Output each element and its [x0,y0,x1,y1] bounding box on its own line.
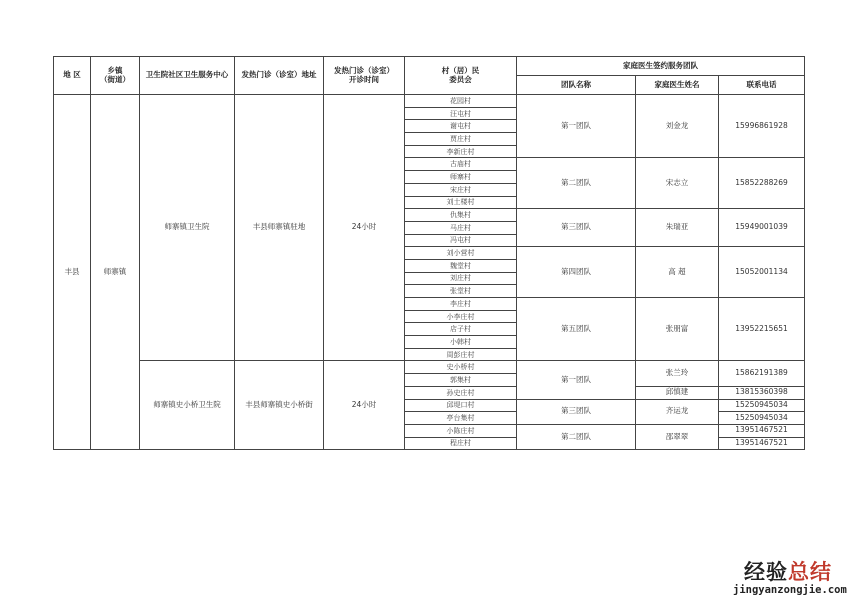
phone-cell: 13815360398 [719,386,805,399]
header-fever-clinic-hours: 发热门诊（诊室）开诊时间 [324,57,405,95]
doctor-name-cell: 邵翠翠 [636,424,719,449]
header-fever-clinic-address: 发热门诊（诊室）地址 [235,57,324,95]
village-cell: 冯屯村 [405,234,517,247]
village-cell: 李庄村 [405,298,517,311]
village-cell: 师寨村 [405,171,517,184]
village-cell: 刘庄村 [405,272,517,285]
watermark: 经验总结 jingyanzongjie.com [733,560,843,597]
doctor-name-cell: 宋志立 [636,158,719,209]
phone-cell: 15250945034 [719,412,805,425]
team-name-cell: 第二团队 [517,424,636,449]
table-body: 丰县师寨镇师寨镇卫生院丰县师寨镇驻地24小时花园村第一团队刘金龙15996861… [54,95,805,450]
village-cell: 周彭庄村 [405,348,517,361]
village-cell: 李新庄村 [405,145,517,158]
fever-clinic-hours-cell: 24小时 [324,95,405,361]
doctor-name-cell: 张兰玲 [636,361,719,386]
family-doctor-table: 地 区 乡镇（街道） 卫生院社区卫生服务中心 发热门诊（诊室）地址 发热门诊（诊… [53,56,805,450]
phone-cell: 13952215651 [719,298,805,361]
village-cell: 郭集村 [405,374,517,387]
village-cell: 程庄村 [405,437,517,450]
header-row-1: 地 区 乡镇（街道） 卫生院社区卫生服务中心 发热门诊（诊室）地址 发热门诊（诊… [54,57,805,76]
village-cell: 张堂村 [405,285,517,298]
team-name-cell: 第四团队 [517,247,636,298]
doctor-name-cell: 张朋富 [636,298,719,361]
header-team-group: 家庭医生签约服务团队 [517,57,805,76]
village-cell: 刘小营村 [405,247,517,260]
phone-cell: 15996861928 [719,95,805,158]
fever-clinic-address-cell: 丰县师寨镇史小桥街 [235,361,324,450]
header-phone: 联系电话 [719,76,805,95]
village-cell: 亭台集村 [405,412,517,425]
phone-cell: 15052001134 [719,247,805,298]
doctor-name-cell: 高 超 [636,247,719,298]
village-cell: 贾庄村 [405,133,517,146]
village-cell: 仇集村 [405,209,517,222]
fever-clinic-hours-cell: 24小时 [324,361,405,450]
phone-cell: 15949001039 [719,209,805,247]
table-row: 师寨镇史小桥卫生院丰县师寨镇史小桥街24小时史小桥村第一团队张兰玲1586219… [54,361,805,374]
team-name-cell: 第三团队 [517,399,636,424]
team-name-cell: 第一团队 [517,95,636,158]
village-cell: 刘土楼村 [405,196,517,209]
village-cell: 史小桥村 [405,361,517,374]
team-name-cell: 第二团队 [517,158,636,209]
fever-clinic-address-cell: 丰县师寨镇驻地 [235,95,324,361]
village-cell: 孙史庄村 [405,386,517,399]
doctor-name-cell: 邱慎建 [636,386,719,399]
health-center-cell: 师寨镇史小桥卫生院 [140,361,235,450]
phone-cell: 13951467521 [719,437,805,450]
village-cell: 汪屯村 [405,107,517,120]
region-cell: 丰县 [54,95,91,450]
village-cell: 古庙村 [405,158,517,171]
header-team-name: 团队名称 [517,76,636,95]
header-doctor-name: 家庭医生姓名 [636,76,719,95]
watermark-url: jingyanzongjie.com [733,584,843,597]
phone-cell: 15862191389 [719,361,805,386]
watermark-logo-text: 经验总结 [733,560,843,584]
table-row: 丰县师寨镇师寨镇卫生院丰县师寨镇驻地24小时花园村第一团队刘金龙15996861… [54,95,805,108]
health-center-cell: 师寨镇卫生院 [140,95,235,361]
village-cell: 谢屯村 [405,120,517,133]
village-cell: 邱堤口村 [405,399,517,412]
phone-cell: 15852288269 [719,158,805,209]
village-cell: 小韩村 [405,336,517,349]
village-cell: 魏堂村 [405,259,517,272]
doctor-name-cell: 刘金龙 [636,95,719,158]
doctor-name-cell: 朱瑞亚 [636,209,719,247]
village-cell: 店子村 [405,323,517,336]
town-cell: 师寨镇 [91,95,140,450]
village-cell: 马庄村 [405,221,517,234]
team-name-cell: 第三团队 [517,209,636,247]
team-name-cell: 第五团队 [517,298,636,361]
village-cell: 宋庄村 [405,183,517,196]
header-town: 乡镇（街道） [91,57,140,95]
header-village: 村（居）民委员会 [405,57,517,95]
header-region: 地 区 [54,57,91,95]
phone-cell: 15250945034 [719,399,805,412]
village-cell: 小李庄村 [405,310,517,323]
village-cell: 小陈庄村 [405,424,517,437]
doctor-name-cell: 齐运龙 [636,399,719,424]
team-name-cell: 第一团队 [517,361,636,399]
village-cell: 花园村 [405,95,517,108]
header-health-center: 卫生院社区卫生服务中心 [140,57,235,95]
phone-cell: 13951467521 [719,424,805,437]
